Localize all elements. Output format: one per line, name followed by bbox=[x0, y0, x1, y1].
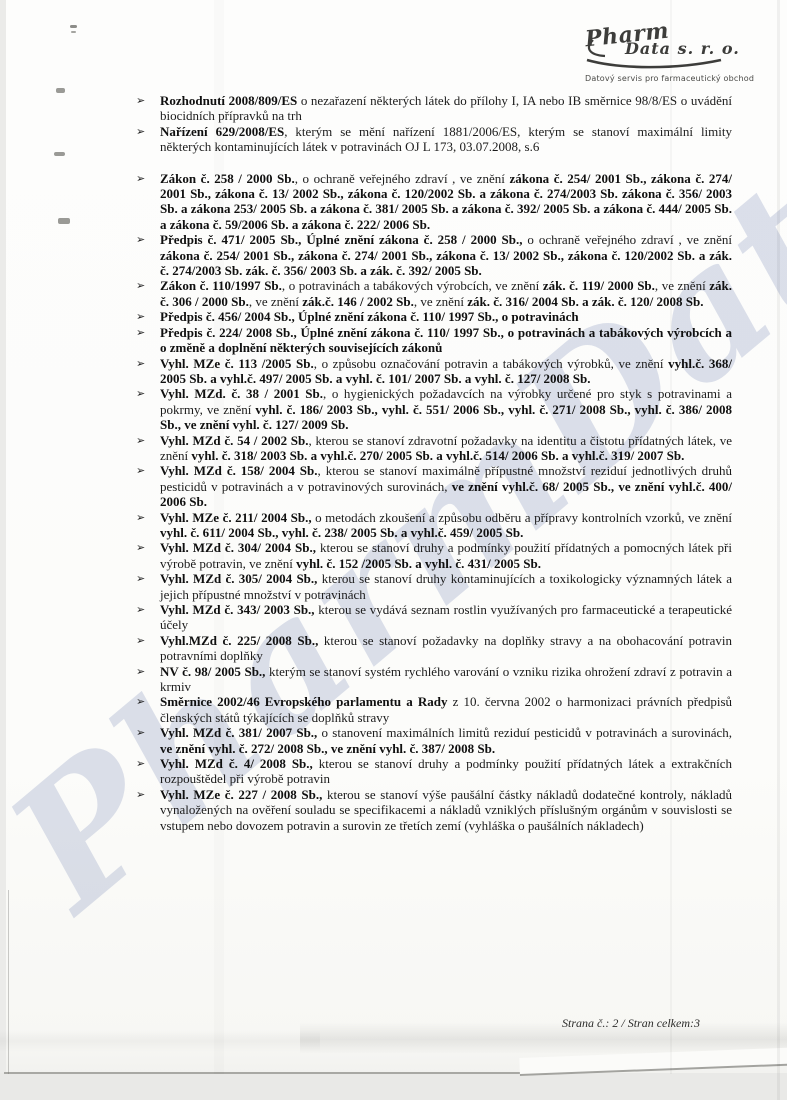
list-item: ➢Předpis č. 456/ 2004 Sb., Úplné znění z… bbox=[135, 309, 732, 324]
arrow-bullet-icon: ➢ bbox=[136, 463, 145, 478]
page-bottom-edge bbox=[4, 1072, 544, 1074]
item-text: Rozhodnutí 2008/809/ES o nezařazení někt… bbox=[160, 93, 732, 124]
arrow-bullet-icon: ➢ bbox=[136, 386, 145, 401]
scan-artifact bbox=[54, 152, 65, 156]
law-list: ➢Rozhodnutí 2008/809/ES o nezařazení něk… bbox=[135, 93, 732, 833]
arrow-bullet-icon: ➢ bbox=[136, 232, 145, 247]
item-text: Nařízení 629/2008/ES, kterým se mění nař… bbox=[160, 124, 732, 155]
scan-streak bbox=[777, 0, 780, 1100]
list-item: ➢Zákon č. 110/1997 Sb., o potravinách a … bbox=[135, 278, 732, 309]
scan-artifact bbox=[71, 31, 76, 33]
list-item: ➢Vyhl. MZd č. 158/ 2004 Sb., kterou se s… bbox=[135, 463, 732, 509]
list-item: ➢Vyhl. MZd č. 4/ 2008 Sb., kterou se sta… bbox=[135, 756, 732, 787]
arrow-bullet-icon: ➢ bbox=[136, 325, 145, 340]
arrow-bullet-icon: ➢ bbox=[136, 433, 145, 448]
item-text: Vyhl. MZd č. 54 / 2002 Sb., kterou se st… bbox=[160, 433, 732, 464]
list-item: ➢Vyhl. MZd č. 54 / 2002 Sb., kterou se s… bbox=[135, 433, 732, 464]
list-item: ➢Vyhl. MZd. č. 38 / 2001 Sb., o hygienic… bbox=[135, 386, 732, 432]
scanner-background bbox=[0, 1073, 787, 1100]
list-item: ➢Vyhl. MZd č. 305/ 2004 Sb., kterou se s… bbox=[135, 571, 732, 602]
arrow-bullet-icon: ➢ bbox=[136, 309, 145, 324]
item-text: Směrnice 2002/46 Evropského parlamentu a… bbox=[160, 694, 732, 725]
arrow-bullet-icon: ➢ bbox=[136, 93, 145, 108]
list-item: ➢Vyhl. MZd č. 304/ 2004 Sb., kterou se s… bbox=[135, 540, 732, 571]
arrow-bullet-icon: ➢ bbox=[136, 756, 145, 771]
item-text: Vyhl. MZd č. 381/ 2007 Sb., o stanovení … bbox=[160, 725, 732, 756]
item-text: Předpis č. 456/ 2004 Sb., Úplné znění zá… bbox=[160, 309, 732, 324]
arrow-bullet-icon: ➢ bbox=[136, 540, 145, 555]
arrow-bullet-icon: ➢ bbox=[136, 571, 145, 586]
item-text: Zákon č. 258 / 2000 Sb., o ochraně veřej… bbox=[160, 171, 732, 233]
arrow-bullet-icon: ➢ bbox=[136, 602, 145, 617]
arrow-bullet-icon: ➢ bbox=[136, 356, 145, 371]
item-text: Předpis č. 471/ 2005 Sb., Úplné znění zá… bbox=[160, 232, 732, 278]
arrow-bullet-icon: ➢ bbox=[136, 171, 145, 186]
list-item: ➢Vyhl.MZd č. 225/ 2008 Sb., kterou se st… bbox=[135, 633, 732, 664]
item-text: Zákon č. 110/1997 Sb., o potravinách a t… bbox=[160, 278, 732, 309]
list-item: ➢Vyhl. MZd č. 381/ 2007 Sb., o stanovení… bbox=[135, 725, 732, 756]
list-item: ➢Vyhl. MZe č. 227 / 2008 Sb., kterou se … bbox=[135, 787, 732, 833]
arrow-bullet-icon: ➢ bbox=[136, 725, 145, 740]
arrow-bullet-icon: ➢ bbox=[136, 278, 145, 293]
pharmdata-logo: Pharm Data s. r. o. Datový servis pro fa… bbox=[583, 22, 743, 86]
list-item: ➢Nařízení 629/2008/ES, kterým se mění na… bbox=[135, 124, 732, 155]
arrow-bullet-icon: ➢ bbox=[136, 787, 145, 802]
list-item: ➢Vyhl. MZe č. 113 /2005 Sb., o způsobu o… bbox=[135, 356, 732, 387]
list-item: ➢Předpis č. 471/ 2005 Sb., Úplné znění z… bbox=[135, 232, 732, 278]
item-text: Vyhl. MZd č. 158/ 2004 Sb., kterou se st… bbox=[160, 463, 732, 509]
item-text: Vyhl. MZd č. 4/ 2008 Sb., kterou se stan… bbox=[160, 756, 732, 787]
scan-shadow bbox=[300, 1022, 787, 1054]
scan-artifact bbox=[70, 25, 77, 28]
item-text: Vyhl. MZe č. 211/ 2004 Sb., o metodách z… bbox=[160, 510, 732, 541]
page-left-edge bbox=[8, 890, 9, 1074]
arrow-bullet-icon: ➢ bbox=[136, 510, 145, 525]
item-text: Vyhl. MZd. č. 38 / 2001 Sb., o hygienick… bbox=[160, 386, 732, 432]
scan-shadow bbox=[0, 1030, 320, 1052]
arrow-bullet-icon: ➢ bbox=[136, 694, 145, 709]
item-text: Vyhl. MZe č. 227 / 2008 Sb., kterou se s… bbox=[160, 787, 732, 833]
arrow-bullet-icon: ➢ bbox=[136, 124, 145, 139]
scan-streak bbox=[670, 0, 672, 1074]
list-item: ➢Zákon č. 258 / 2000 Sb., o ochraně veře… bbox=[135, 171, 732, 233]
logo-brand-data-sro: Data s. r. o. bbox=[625, 39, 740, 58]
item-text: Vyhl. MZe č. 113 /2005 Sb., o způsobu oz… bbox=[160, 356, 732, 387]
list-item: ➢Vyhl. MZd č. 343/ 2003 Sb., kterou se v… bbox=[135, 602, 732, 633]
arrow-bullet-icon: ➢ bbox=[136, 633, 145, 648]
scan-artifact bbox=[56, 88, 65, 93]
item-text: Vyhl. MZd č. 304/ 2004 Sb., kterou se st… bbox=[160, 540, 732, 571]
item-text: Vyhl. MZd č. 343/ 2003 Sb., kterou se vy… bbox=[160, 602, 732, 633]
scan-artifact bbox=[58, 218, 70, 224]
item-text: Předpis č. 224/ 2008 Sb., Úplné znění zá… bbox=[160, 325, 732, 356]
scan-streak bbox=[214, 0, 224, 1074]
arrow-bullet-icon: ➢ bbox=[136, 664, 145, 679]
list-item: ➢Vyhl. MZe č. 211/ 2004 Sb., o metodách … bbox=[135, 510, 732, 541]
list-item: ➢Směrnice 2002/46 Evropského parlamentu … bbox=[135, 694, 732, 725]
list-item: ➢Předpis č. 224/ 2008 Sb., Úplné znění z… bbox=[135, 325, 732, 356]
list-item: ➢NV č. 98/ 2005 Sb., kterým se stanoví s… bbox=[135, 664, 732, 695]
item-text: Vyhl. MZd č. 305/ 2004 Sb., kterou se st… bbox=[160, 571, 732, 602]
item-text: NV č. 98/ 2005 Sb., kterým se stanoví sy… bbox=[160, 664, 732, 695]
list-item: ➢Rozhodnutí 2008/809/ES o nezařazení něk… bbox=[135, 93, 732, 124]
item-text: Vyhl.MZd č. 225/ 2008 Sb., kterou se sta… bbox=[160, 633, 732, 664]
